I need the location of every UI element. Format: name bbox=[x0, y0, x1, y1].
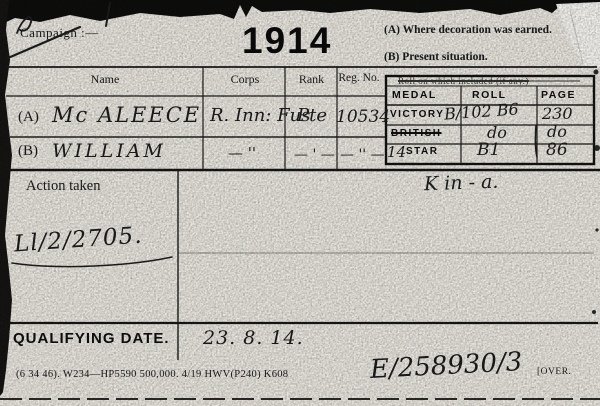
note-a: (A) Where decoration was earned. bbox=[384, 25, 552, 37]
row-b-reg-no: — '' — bbox=[340, 148, 385, 162]
killed-in-action-note: K in - a. bbox=[424, 173, 499, 195]
row-a-name: Mc ALEECE bbox=[52, 105, 201, 126]
page-col-header: PAGE bbox=[541, 90, 576, 101]
torn-corner-white bbox=[556, 2, 600, 66]
campaign-label: Campaign :— bbox=[20, 26, 99, 39]
row-a-label: (A) bbox=[18, 110, 39, 125]
row-b-name: WILLIAM bbox=[52, 142, 166, 161]
row-b-label: (B) bbox=[18, 144, 38, 159]
over-label: [OVER. bbox=[537, 368, 571, 378]
col-header-corps: Corps bbox=[205, 73, 285, 85]
col-header-name: Name bbox=[55, 73, 155, 85]
british-roll-value: do bbox=[487, 125, 507, 141]
qualifying-date-value: 23. 8. 14. bbox=[203, 329, 304, 348]
file-reference: E/258930/3 bbox=[369, 349, 522, 383]
torn-left-edge bbox=[0, 0, 12, 396]
medal-victory: VICTORY bbox=[390, 110, 444, 120]
star-roll-value: B1 bbox=[477, 142, 500, 159]
col-header-reg-no: Reg. No. bbox=[332, 73, 386, 85]
row-a-reg-no: 10534 bbox=[336, 109, 390, 126]
medal-british: BRITISH bbox=[391, 129, 442, 139]
british-page-value: do bbox=[547, 124, 567, 140]
print-code: (6 34 46). W234—HP5590 500,000. 4/19 HWV… bbox=[16, 370, 288, 381]
star-prefix-hand: 14 bbox=[387, 145, 406, 160]
row-b-rank: — ' — bbox=[294, 148, 335, 162]
roll-col-header: ROLL bbox=[472, 90, 507, 101]
row-b-corps: — '' bbox=[228, 146, 256, 161]
action-taken-label: Action taken bbox=[26, 179, 101, 194]
row-a-corps: R. Inn: Fus bbox=[210, 107, 310, 125]
row-a-rank: Pte bbox=[297, 107, 327, 125]
victory-page-value: 230 bbox=[542, 106, 573, 122]
medal-index-card: Campaign :— 1914 (A) Where decoration wa… bbox=[0, 0, 600, 406]
star-page-value: 86 bbox=[546, 142, 568, 159]
note-b: (B) Present situation. bbox=[384, 52, 488, 64]
qualifying-date-label: QUALIFYING DATE. bbox=[13, 331, 170, 346]
medal-roll-note: Roll on which included (if any.) bbox=[398, 77, 529, 86]
medal-col-header: MEDAL bbox=[392, 90, 437, 101]
col-header-rank: Rank bbox=[286, 73, 337, 85]
campaign-year: 1914 bbox=[242, 22, 332, 59]
medal-star: STAR bbox=[406, 147, 438, 157]
